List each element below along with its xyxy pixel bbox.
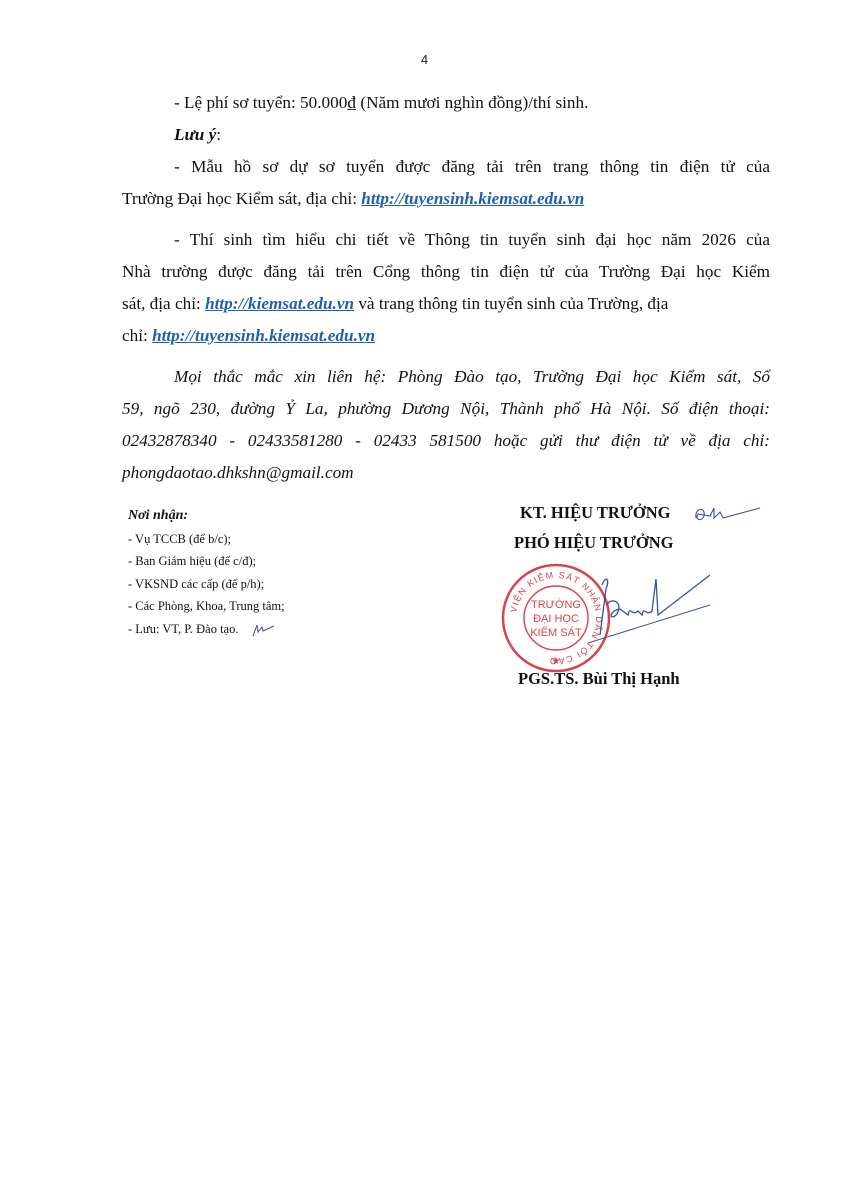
recipient-item: - Ban Giám hiệu (để c/đ);	[128, 550, 285, 573]
recipient-item: - VKSND các cấp (để p/h);	[128, 573, 285, 596]
note-heading: Lưu ý:	[122, 120, 770, 150]
initials-scribble-icon	[250, 622, 276, 638]
note1-prefix: Trường Đại học Kiểm sát, địa chỉ:	[122, 189, 361, 208]
note2-suffix: và trang thông tin tuyển sinh của Trường…	[354, 294, 668, 313]
handwritten-signature-icon	[580, 565, 730, 665]
signature-title-2: PHÓ HIỆU TRƯỞNG	[514, 533, 674, 553]
contact-line2: 59, ngõ 230, đường Ỷ La, phường Dương Nộ…	[122, 394, 770, 424]
admissions-link-2[interactable]: http://tuyensinh.kiemsat.edu.vn	[152, 326, 375, 345]
stamp-line-3: KIỂM SÁT	[530, 626, 582, 639]
note2-line2: Nhà trường được đăng tải trên Cổng thông…	[122, 257, 770, 287]
contact-line3: 02432878340 - 02433581280 - 02433 581500…	[122, 426, 770, 456]
note1-line1: - Mẫu hồ sơ dự sơ tuyển được đăng tải tr…	[122, 152, 770, 182]
recipient-item-text: - Lưu: VT, P. Đào tạo.	[128, 622, 238, 636]
admissions-link[interactable]: http://tuyensinh.kiemsat.edu.vn	[361, 189, 584, 208]
recipients-list: Nơi nhận: - Vụ TCCB (để b/c); - Ban Giám…	[128, 505, 285, 640]
note2-prefix: sát, địa chỉ:	[122, 294, 205, 313]
main-site-link[interactable]: http://kiemsat.edu.vn	[205, 294, 354, 313]
note2-line1: - Thí sinh tìm hiểu chi tiết về Thông ti…	[122, 225, 770, 255]
contact-email: phongdaotao.dhkshn@gmail.com	[122, 458, 770, 488]
stamp-line-1: TRƯỜNG	[531, 598, 581, 611]
stamp-star-icon: ★	[552, 656, 561, 667]
recipients-title: Nơi nhận:	[128, 505, 285, 528]
fee-line: - Lệ phí sơ tuyển: 50.000₫ (Năm mươi ngh…	[122, 88, 770, 118]
note-colon: :	[216, 125, 221, 144]
note2-line4: chỉ: http://tuyensinh.kiemsat.edu.vn	[122, 321, 770, 351]
note1-line2: Trường Đại học Kiểm sát, địa chỉ: http:/…	[122, 184, 770, 214]
note2-line4-prefix: chỉ:	[122, 326, 152, 345]
contact-line1: Mọi thắc mắc xin liên hệ: Phòng Đào tạo,…	[122, 362, 770, 392]
initial-signature-icon	[690, 500, 770, 526]
recipient-item: - Vụ TCCB (để b/c);	[128, 528, 285, 551]
note2-line3: sát, địa chỉ: http://kiemsat.edu.vn và t…	[122, 289, 770, 319]
stamp-line-2: ĐẠI HỌC	[533, 613, 579, 625]
note-label: Lưu ý	[174, 125, 216, 144]
page-number: 4	[0, 52, 849, 67]
signature-title-1: KT. HIỆU TRƯỞNG	[520, 503, 671, 523]
recipient-item: - Các Phòng, Khoa, Trung tâm;	[128, 595, 285, 618]
recipient-item: - Lưu: VT, P. Đào tạo.	[128, 618, 285, 641]
